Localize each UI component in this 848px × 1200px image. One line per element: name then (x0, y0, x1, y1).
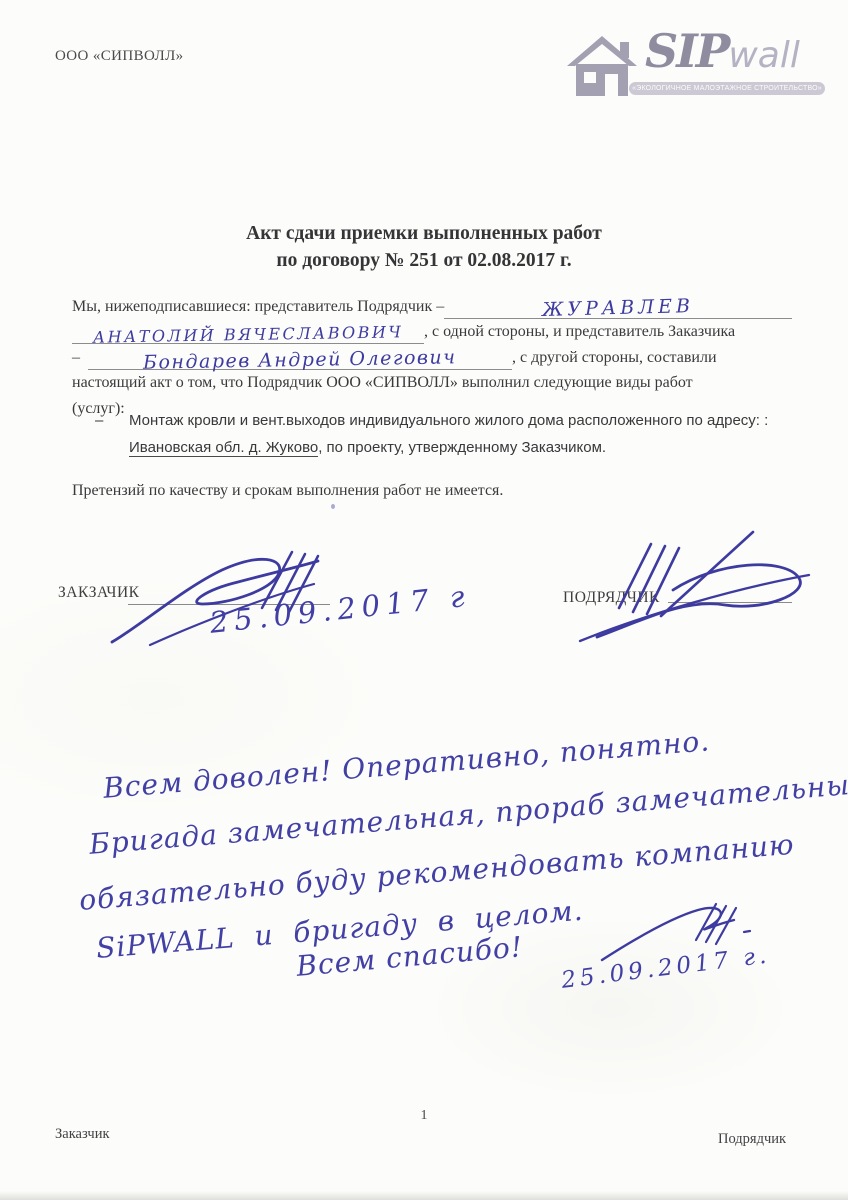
parties-line-3: – Бондарев Андрей Олегович , с другой ст… (72, 344, 792, 370)
handwritten-customer-name: Бондарев Андрей Олегович (143, 346, 457, 373)
company-name: ООО «СИПВОЛЛ» (55, 48, 184, 65)
contractor-signature-scribble (575, 528, 820, 646)
work-item-address: Ивановская обл. д. Жуково (129, 439, 318, 457)
work-item-text: Монтаж кровли и вент.выходов индивидуаль… (129, 412, 768, 429)
footer-contractor-label: Подрядчик (718, 1131, 786, 1148)
scan-bottom-edge (0, 1191, 848, 1200)
line1-typed-text: Мы, нижеподписавшиеся: представитель Под… (72, 298, 444, 319)
handwritten-contractor-name: АНАТОЛИЙ ВЯЧЕСЛАВОВИЧ (93, 322, 404, 346)
line2-typed-text: , с одной стороны, и представитель Заказ… (424, 323, 735, 344)
logo-sip-text: SIP (645, 24, 728, 78)
work-item-content: Монтаж кровли и вент.выходов индивидуаль… (129, 408, 768, 461)
sipwall-logo: SIPwall «ЭКОЛОГИЧНОЕ МАЛОЭТАЖНОЕ СТРОИТЕ… (563, 30, 831, 102)
line3-typed-text: , с другой стороны, составили (512, 349, 717, 370)
ink-speck (331, 504, 335, 509)
parties-line-2: АНАТОЛИЙ ВЯЧЕСЛАВОВИЧ , с одной стороны,… (72, 319, 792, 345)
parties-line-4: настоящий акт о том, что Подрядчик ООО «… (72, 370, 792, 396)
line3-dash: – (72, 349, 88, 370)
document-title: Акт сдачи приемки выполненных работ по д… (0, 220, 848, 274)
work-item: – Монтаж кровли и вент.выходов индивидуа… (95, 408, 795, 461)
customer-name-blank: Бондарев Андрей Олегович (88, 347, 512, 370)
logo-tagline: «ЭКОЛОГИЧНОЕ МАЛОЭТАЖНОЕ СТРОИТЕЛЬСТВО» (632, 85, 822, 92)
parties-paragraph: Мы, нижеподписавшиеся: представитель Под… (72, 293, 792, 421)
parties-line-1: Мы, нижеподписавшиеся: представитель Под… (72, 293, 792, 319)
footer-customer-label: Заказчик (55, 1126, 110, 1143)
document-title-line2: по договору № 251 от 02.08.2017 г. (0, 247, 848, 274)
line4-typed-text: настоящий акт о том, что Подрядчик ООО «… (72, 374, 693, 395)
no-claims-text: Претензий по качеству и срокам выполнени… (72, 482, 503, 500)
document-title-line1: Акт сдачи приемки выполненных работ (0, 220, 848, 247)
bullet-dash: – (95, 408, 129, 461)
page-number: 1 (0, 1108, 848, 1124)
handwritten-contractor-surname: ЖУРАВЛЕВ (542, 295, 694, 321)
logo-tagline-band: «ЭКОЛОГИЧНОЕ МАЛОЭТАЖНОЕ СТРОИТЕЛЬСТВО» (629, 82, 825, 95)
logo-wall-text: wall (728, 35, 800, 76)
document-page: ООО «СИПВОЛЛ» SIPwall «ЭКОЛОГИЧНОЕ МАЛОЭ… (0, 0, 848, 1200)
contractor-name-blank: ЖУРАВЛЕВ (444, 296, 792, 319)
contractor-patronymic-blank: АНАТОЛИЙ ВЯЧЕСЛАВОВИЧ (72, 323, 424, 344)
work-item-tail: , по проекту, утвержденному Заказчиком. (318, 439, 606, 456)
